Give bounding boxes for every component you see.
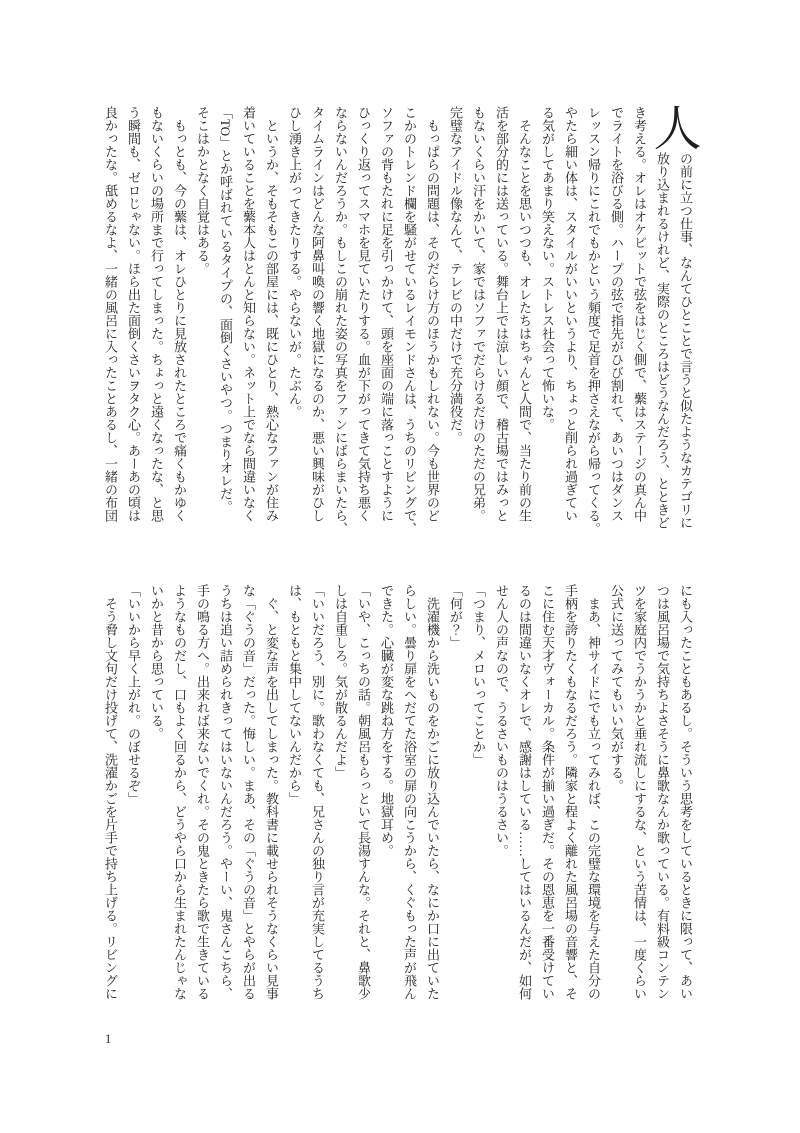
text-line: き考える。オレはオケピットで弦をはじく側で、蘩はステージの真ん中 bbox=[628, 106, 651, 536]
text-line: もっとも、今の蘩は、オレひとりに見放されたところで痛くもかゆく bbox=[168, 106, 191, 536]
text-line: できた。心臓が変な跳ね方をする。地獄耳め。 bbox=[375, 584, 398, 1014]
text-line: 活を部分的には送っている。舞台上では涼しい顔で、稽古場ではみっと bbox=[490, 106, 513, 536]
text-line: こかのトレンド欄を騒がせているレイモンドさんは、うちのリビングで、 bbox=[398, 106, 421, 536]
text-line: 手の鳴る方へ。出来れば来ないでくれ。その鬼ときたら歌で生きている bbox=[191, 584, 214, 1014]
text-line: でライトを浴びる側。ハープの弦で指先がひび割れて、あいつはダンス bbox=[605, 106, 628, 536]
text-line: 「つまり、メロいってことか」 bbox=[467, 584, 490, 1014]
text-line: もないくらいの場所まで行ってしまった。ちょっと遠くなったな、と思 bbox=[145, 106, 168, 536]
text-line: にも入ったこともあるし。そういう思考をしているときに限って、あい bbox=[674, 584, 697, 1014]
text-line: ひし湧き上がってきたりする。やらないが。たぶん。 bbox=[283, 106, 306, 536]
text-line: 「何が？」 bbox=[444, 584, 467, 1014]
text-line: らしい。曇り扉をへだてた浴室の扉の向こうから、くぐもった声が飛ん bbox=[398, 584, 421, 1014]
text-line: 洗濯機から洗いものをかごに放り込んでいたら、なにか口に出ていた bbox=[421, 584, 444, 1014]
text-line: ツを家庭内でうかうかと垂れ流しにするな、という苦情は、一度くらい bbox=[628, 584, 651, 1014]
text-line: そんなことを思いつつも、オレたちはちゃんと人間で、当たり前の生 bbox=[513, 106, 536, 536]
text-line: ぐ、と変な声を出してしまった。教科書に載せられそうなくらい見事 bbox=[260, 584, 283, 1014]
text-line: う瞬間も、ゼロじゃない。ほら出た面倒くさいヲタク心。あーあの頃は bbox=[122, 106, 145, 536]
text-line: るのは間違いなくオレで、感謝はしている……してはいるんだが、如何 bbox=[513, 584, 536, 1014]
text-line: ひっくり返ってスマホを見ていたりする。血が下がってきて気持ち悪く bbox=[352, 106, 375, 536]
drop-cap-character: 人 bbox=[655, 102, 697, 152]
text-line: ようなものだし、口もよく回るから、どうやら口から生まれたんじゃな bbox=[168, 584, 191, 1014]
text-line: しは自重しろ。気が散るんだよ」 bbox=[329, 584, 352, 1014]
upper-text-block: 人 の前に立つ仕事、なんてひとことで言うと似たようなカテゴリに 放り込まれるけれ… bbox=[97, 106, 697, 536]
text-line: 「いや、こっちの話。朝風呂もらっといて長湯すんな。それと、鼻歌少 bbox=[352, 584, 375, 1014]
novel-page: { "page": { "number": "1", "background_c… bbox=[0, 0, 800, 1133]
text-line: ならないんだろうか。もしこの崩れた姿の写真をファンにばらまいたら、 bbox=[329, 106, 352, 536]
text-line: る気がしてあまり笑えない。ストレス社会って怖いな。 bbox=[536, 106, 559, 536]
text-line: 「いいから早く上がれ。のぼせるぞ」 bbox=[122, 584, 145, 1014]
text-line: 手柄を誇りたくもなるだろう。隣家と程よく離れた風呂場の音響と、そ bbox=[559, 584, 582, 1014]
text-line: 「いいだろう、別に。歌わなくても、兄さんの独り言が充実してるうち bbox=[306, 584, 329, 1014]
text-line: な「ぐうの音」だった。悔しい。まあ、その「ぐうの音」とやらが出る bbox=[237, 584, 260, 1014]
text-line: 放り込まれるけれど、実際のところはどうなんだろう、とときど bbox=[651, 106, 674, 536]
text-line: というか、そもそもこの部屋には、既にひとり、熱心なファンが住み bbox=[260, 106, 283, 536]
text-line: せん人の声なので、うるさいものはうるさい。 bbox=[490, 584, 513, 1014]
text-line: タイムラインはどんな阿鼻叫喚の響く地獄になるのか、悪い興味がひし bbox=[306, 106, 329, 536]
text-line: やたら細い体は、スタイルがいいというより、ちょっと削られ過ぎてい bbox=[559, 106, 582, 536]
text-line: そこはかとなく自覚はある。 bbox=[191, 106, 214, 536]
text-line: レッスン帰りにこれでもかという頻度で足首を押さえながら帰ってくる。 bbox=[582, 106, 605, 536]
text-line: もないくらい汗をかいて、家ではソファでだらけるだけのただの兄弟。 bbox=[467, 106, 490, 536]
text-line: 公式に送ってみてもいい気がする。 bbox=[605, 584, 628, 1014]
text-line: の前に立つ仕事、なんてひとことで言うと似たようなカテゴリに bbox=[674, 106, 697, 536]
text-line: 着いていることを蘩本人はとんと知らない。ネット上でなら間違いなく bbox=[237, 106, 260, 536]
text-line: 完璧なアイドル像なんて、テレビの中だけで充分満役だ。 bbox=[444, 106, 467, 536]
lower-text-block: にも入ったこともあるし。そういう思考をしているときに限って、あい つは風呂場で気… bbox=[97, 584, 697, 1014]
text-line: つは風呂場で気持ちよさそうに鼻歌なんか歌っている。有料級コンテン bbox=[651, 584, 674, 1014]
text-line: まあ、神サイドにでも立ってみれば、この完璧な環境を与えた自分の bbox=[582, 584, 605, 1014]
text-line: うちは追い詰められきってはいないんだろう。やーい、鬼さんこちら、 bbox=[214, 584, 237, 1014]
text-line: は、もともと集中してないんだから」 bbox=[283, 584, 306, 1014]
text-line: もっぱらの問題は、そのだらけ方のほうかもしれない。今も世界のど bbox=[421, 106, 444, 536]
text-line: 良かったな。舐めるなよ、一緒の風呂に入ったことあるし、一緒の布団 bbox=[99, 106, 122, 536]
text-line: ソファの背もたれに足を引っかけて、頭を座面の端に落っことすように bbox=[375, 106, 398, 536]
text-line: いかと昔から思っている。 bbox=[145, 584, 168, 1014]
text-line: そう脅し文句だけ投げて、洗濯かごを片手で持ち上げる。リビングに bbox=[99, 584, 122, 1014]
text-line: こに住む天才ヴォーカル。条件が揃い過ぎだ。その恩恵を一番受けてい bbox=[536, 584, 559, 1014]
page-number: 1 bbox=[105, 1032, 111, 1047]
text-line: 「TO」とか呼ばれているタイプの、面倒くさいやつ。つまりオレだ。 bbox=[214, 106, 237, 536]
